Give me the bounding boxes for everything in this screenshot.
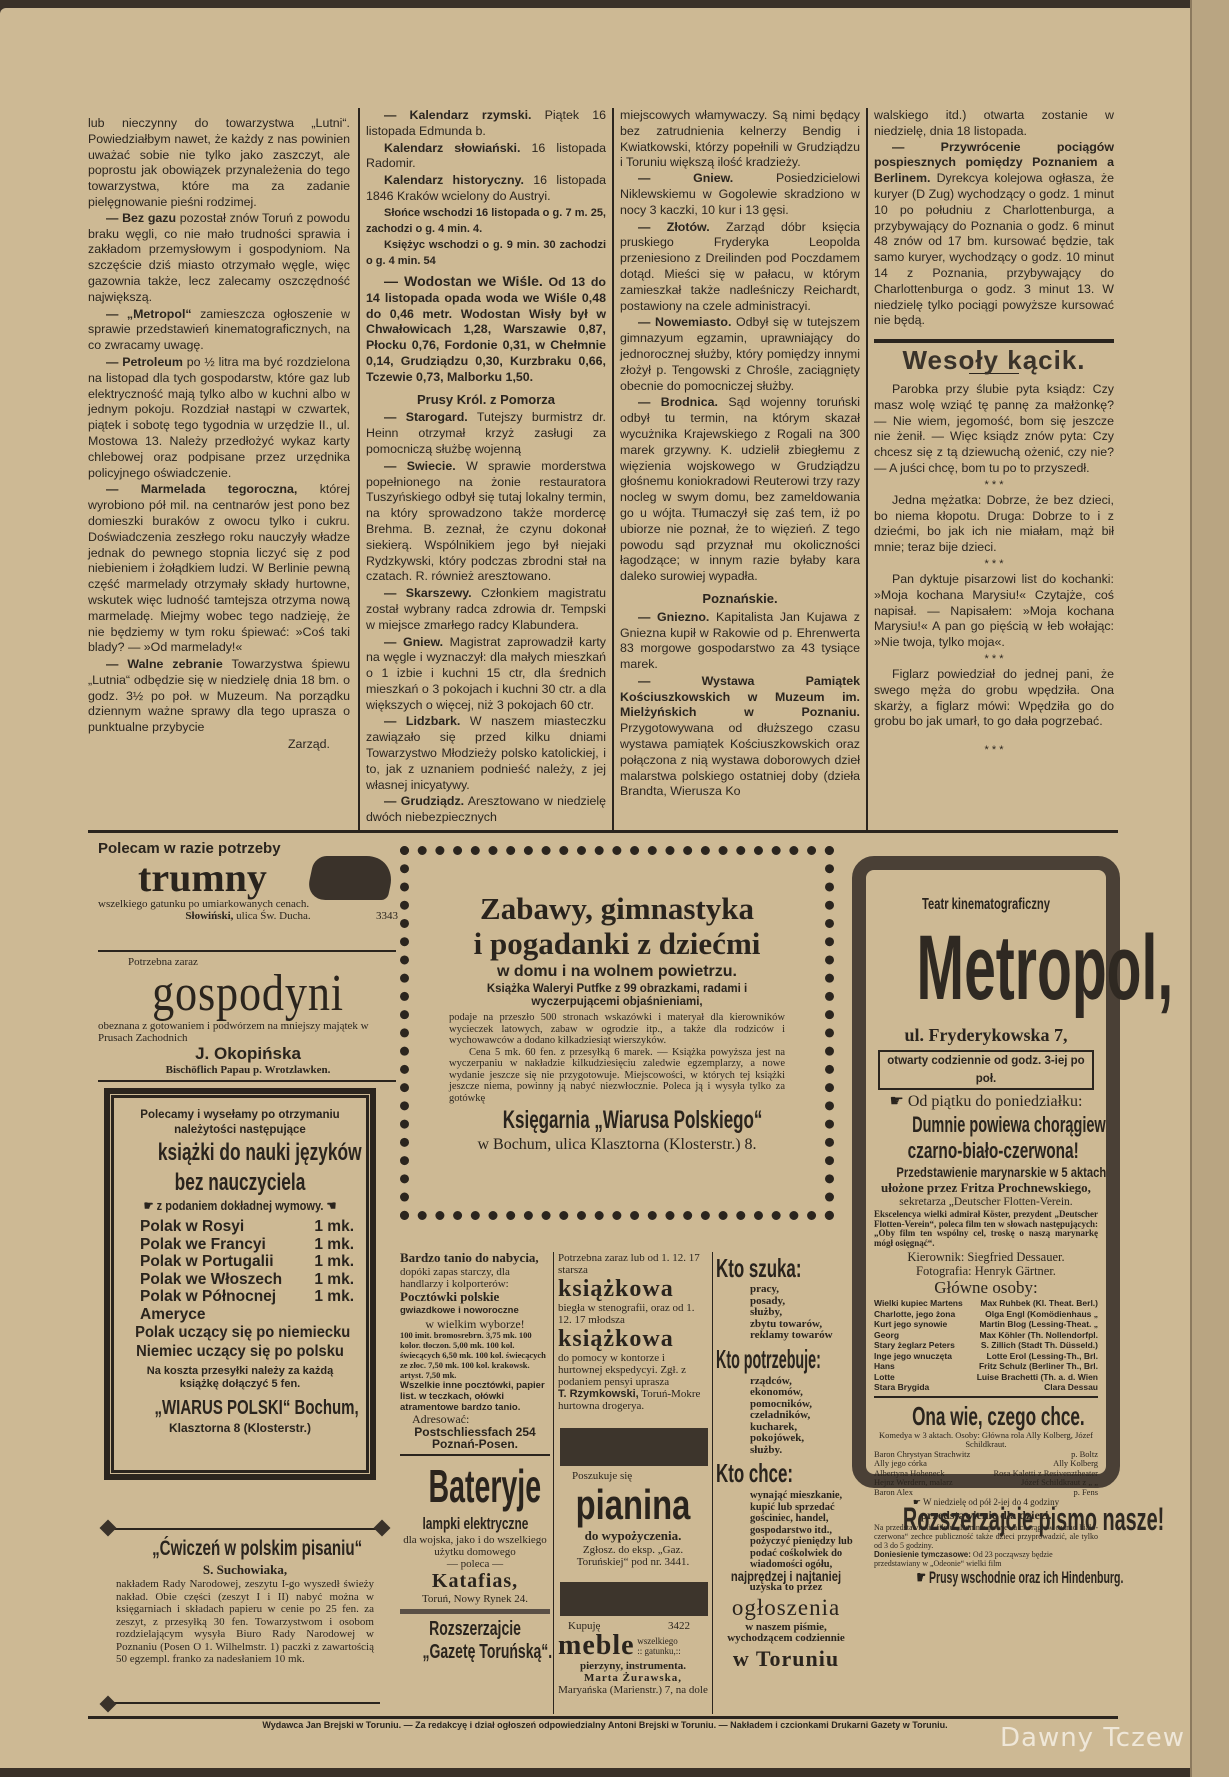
ad-zabawy-sub: w domu i na wolnem powietrzu. <box>449 961 785 983</box>
moonrise: Księżyc wschodzi o g. 9 min. 30 zachodzi… <box>366 238 606 270</box>
newspaper-page: lub nieczynny do towarzystwa „Lutni“. Po… <box>0 8 1190 1768</box>
ad-ksiazkowa-title2: książkowa <box>558 1326 708 1352</box>
kacik-rule <box>874 339 1114 343</box>
ad-pocztowki-other: Wszelkie inne pocztówki, papier list. w … <box>400 1380 550 1413</box>
ad-metropol-photo: Fotografia: Henryk Gärtner. <box>874 1264 1098 1278</box>
cast-row: HansFritz Schulz (Berliner Th., Brl. <box>874 1361 1098 1372</box>
ad-zabawy-publisher: Księgarnia „Wiarusa Polskiego“ <box>503 1104 731 1136</box>
ad-divider <box>400 1609 550 1614</box>
book-list-item: Polak w Rosyi1 mk. <box>140 1218 354 1236</box>
ad-ksiazkowa-line2: biegła w stenografii, oraz od 1. 12. 17 … <box>558 1302 708 1326</box>
ad-ksiazki-addr: Klasztorna 8 (Klosterstr.) <box>126 1421 354 1435</box>
next-page-edge <box>1190 0 1229 1777</box>
article-metropol: — „Metropol“ zamieszcza ogłoszenie w spr… <box>88 307 350 354</box>
pointing-hand-icon: ☛ <box>144 1198 157 1213</box>
separator-stars: * * * <box>874 744 1114 756</box>
ad-gospodyni-addr: Bischöflich Papau p. Wrotzlawken. <box>98 1064 398 1076</box>
ad-divider <box>98 950 396 952</box>
ad-pocztowki-prices: 100 imit. bromosrebrn. 3,75 mk. 100 kolo… <box>400 1330 550 1380</box>
ad-gospodyni-title: gospodyni <box>121 968 376 1020</box>
article-wystawa-end: walskiego itd.) otwarta zostanie w niedz… <box>874 108 1114 140</box>
ad-ksiazki-list: Polak w Rosyi1 mk.Polak we Francyi1 mk.P… <box>126 1218 354 1323</box>
ad-metropol-hours: otwarty codziennie od godz. 3-iej po poł… <box>878 1050 1094 1090</box>
cast-row: Charlotte, jego żonaOlga Engl (Komödienh… <box>874 1309 1098 1320</box>
cast-row: Inge jego wnuczętaLotte Erol (Lessing-Th… <box>874 1351 1098 1362</box>
signature-zarzad: Zarząd. <box>88 737 350 753</box>
article-gniew-kradziez: — Gniew. Posiedzicielowi Niklewskiemu w … <box>620 171 860 218</box>
ad-gospodyni: Potrzebna zaraz gospodyni obeznana z got… <box>98 956 398 1080</box>
pointing-hand-icon: ☛ <box>890 1093 908 1110</box>
ad-column-divider <box>712 1252 713 1714</box>
list-item: reklamy towarów <box>750 1330 856 1342</box>
article-brodnica: — Brodnica. Sąd wojenny toruński odbył t… <box>620 395 860 585</box>
column-4: walskiego itd.) otwarta zostanie w niedz… <box>874 108 1114 758</box>
article-grudziadz: — Grudziądz. Aresztowano w niedzielę dwó… <box>366 794 606 826</box>
ad-rozszerzajcie-line2: „Gazetę Toruńską“. <box>423 1641 528 1664</box>
diamond-ornament-icon <box>100 1696 117 1713</box>
list-item: czeladników, <box>750 1410 856 1422</box>
ad-column-divider <box>553 1252 554 1714</box>
ad-metropol-author2: sekretarza „Deutscher Flotten-Verein. <box>874 1196 1098 1208</box>
article-gniezno: — Gniezno. Kapitalista Jan Kujawa z Gnie… <box>620 610 860 673</box>
ad-kto-list1: pracy,posady,służby,zbytu towarów,reklam… <box>716 1284 856 1342</box>
footer-imprint: Wydawca Jan Brejski w Toruniu. — Za reda… <box>100 1720 1110 1730</box>
ad-kto-title: ogłoszenia <box>716 1594 856 1622</box>
cast-row: Baron Alexp. Fens <box>874 1488 1098 1498</box>
article-skarszewy: — Skarszewy. Członkiem magistratu został… <box>366 586 606 633</box>
ad-kto-list3: wynająć mieszkanie, kupić lub sprzedać g… <box>716 1490 856 1571</box>
ad-ksiazkowa: Potrzebna zaraz lub od 1. 12. 17 starsza… <box>558 1252 708 1384</box>
ad-bateryje: Bateryje lampki elektryczne dla wojska, … <box>400 1458 550 1714</box>
column-1: lub nieczynny do towarzystwa „Lutni“. Po… <box>88 116 350 753</box>
ad-bateryje-poleca: — poleca — <box>400 1558 550 1570</box>
ad-metropol-cast2: Baron Chrystyan Strachwitzp. BoltzAlly j… <box>874 1450 1098 1498</box>
calendar-slavic: Kalendarz słowiański. 16 listopada Radom… <box>366 141 606 173</box>
book-list-item: Polak w Portugalii1 mk. <box>140 1253 354 1271</box>
ad-zabawy-book: Książka Waleryi Putfke z 99 obrazkami, r… <box>449 983 785 1009</box>
section-prusy-krol: Prusy Król. z Pomorza <box>366 392 606 408</box>
ad-metropol-cast-title: Główne osoby: <box>874 1278 1098 1298</box>
ad-gospodyni-name: J. Okopińska <box>98 1044 398 1064</box>
ad-metropol-film2-desc: Komedya w 3 aktach. Osoby: Główna rola A… <box>874 1431 1098 1450</box>
ad-metropol-film1a: Dumnie powiewa chorągiew <box>912 1112 1060 1138</box>
ad-pocztowki-addr1: Adresować: <box>400 1413 550 1426</box>
column-2: — Kalendarz rzymski. Piątek 16 listopada… <box>366 108 606 827</box>
ad-pianina-title: pianina <box>575 1482 692 1528</box>
ad-bateryje-body: dla wojska, jako i do wszelkiego użytku … <box>400 1534 550 1558</box>
column-3: miejscowych włamywaczy. Są nimi będący b… <box>620 108 860 801</box>
article-marmelada: — Marmelada tegoroczna, której wyrobiono… <box>88 482 350 656</box>
calendar-roman: — Kalendarz rzymski. Piątek 16 listopada… <box>366 108 606 140</box>
book-list-item: Polak we Włoszech1 mk. <box>140 1271 354 1289</box>
ad-ksiazki-jezykow: Polecamy i wysełamy po otrzymaniu należy… <box>104 1088 376 1480</box>
ad-pocztowki-addr3: Poznań-Posen. <box>400 1438 550 1451</box>
ad-meble-body: pierzyny, instrumenta. <box>558 1660 708 1672</box>
ad-cwiczen: „Ćwiczeń w polskim pisaniu“ S. Suchowiak… <box>110 1528 380 1704</box>
cast-row: Kurt jego synowieMartin Blog (Lessing-Th… <box>874 1319 1098 1330</box>
ad-kto-fast: najprędzej i najtaniej <box>730 1571 842 1583</box>
column-divider <box>358 108 360 830</box>
ad-divider <box>98 1080 396 1082</box>
ad-ksiazkowa-line1: Potrzebna zaraz lub od 1. 12. 17 starsza <box>558 1252 708 1276</box>
ad-metropol: Teatr kinematograficzny Metropol, ul. Fr… <box>852 856 1120 1488</box>
ad-bateryje-sub: lampki elektryczne <box>423 1514 528 1534</box>
joke-figlarz: Figlarz powiedział do jednej pani, że sw… <box>874 667 1114 730</box>
ad-bateryje-name: Katafias, <box>400 1570 550 1593</box>
joke-list: Pan dyktuje pisarzowi list do kochanki: … <box>874 572 1114 651</box>
ad-kto-h3: Kto chce: <box>716 1456 807 1490</box>
ads-top-rule <box>88 830 1118 833</box>
ad-kto-h2: Kto potrzebuje: <box>716 1342 793 1376</box>
joke-mezatka: Jedna mężatka: Dobrze, że bez dzieci, bo… <box>874 493 1114 556</box>
section-poznanskie: Poznańskie. <box>620 591 860 607</box>
ad-kto-city: w Toruniu <box>716 1645 856 1673</box>
article-wystawa: — Wystawa Pamiątek Kościuszkowskich w Mu… <box>620 674 860 800</box>
ad-zabawy-addr: w Bochum, ulica Klasztorna (Klosterstr.)… <box>449 1136 785 1154</box>
article-bez-gazu: — Bez gazu pozostał znów Toruń z powodu … <box>88 211 350 306</box>
ad-metropol-cast: Wielki kupiec MartensMax Ruhbek (Kl. The… <box>874 1298 1098 1393</box>
ad-zabawy-body2: Cena 5 mk. 60 fen. z przesyłką 6 marek. … <box>449 1047 785 1105</box>
ad-kto-szuka: Kto szuka: pracy,posady,służby,zbytu tow… <box>716 1252 856 1714</box>
column-divider <box>866 108 868 830</box>
ad-ksiazkowa-contact: T. Rzymkowski, Toruń-Mokre hurtowna drog… <box>558 1388 708 1412</box>
separator-stars: * * * <box>874 479 1114 491</box>
ad-meble-title-row: meble wszelkiego :: gatunku,:: <box>558 1632 708 1660</box>
ad-metropol-film2: Ona wie, czego chce. <box>912 1401 1060 1431</box>
ad-bateryje-title: Bateryje <box>429 1458 522 1514</box>
ad-metropol-title: Metropol, <box>917 914 1056 1022</box>
list-item: ekonomów, <box>750 1387 856 1399</box>
separator-stars: * * * <box>874 558 1114 570</box>
ad-cwiczen-title: „Ćwiczeń w polskim pisaniu“ <box>152 1536 338 1562</box>
calendar-history: Kalendarz historyczny. 16 listopada 1846… <box>366 173 606 205</box>
article-lidzbark: — Lidzbark. W naszem miasteczku zawiązał… <box>366 714 606 793</box>
ad-pianina-sub: do wypożyczenia. <box>558 1528 708 1544</box>
ad-ksiazki-note: Na koszta przesyłki należy za każdą ksią… <box>146 1365 334 1391</box>
article-lutnia-end: lub nieczynny do towarzystwa „Lutni“. Po… <box>88 116 350 211</box>
ad-metropol-kicker: Teatr kinematograficzny <box>908 896 1065 914</box>
ad-ksiazki-extra1: Polak uczący się po niemiecku <box>135 1323 345 1342</box>
article-pociagi: — Przywrócenie pociągów pospiesznych pom… <box>874 140 1114 330</box>
ad-metropol-author: ułożone przez Fritza Prochnewskiego, <box>874 1180 1098 1196</box>
separator-stars: * * * <box>874 653 1114 665</box>
column-divider <box>612 108 614 830</box>
ad-zabawy: Zabawy, gimnastyka i pogadanki z dziećmi… <box>400 846 834 1220</box>
ad-ksiazki-intro: Polecamy i wysełamy po otrzymaniu należy… <box>126 1108 354 1138</box>
diamond-ornament-icon <box>374 1520 391 1537</box>
ad-pianina: Poszukuje się pianina do wypożyczenia. Z… <box>558 1470 708 1558</box>
ad-pianina-body: Zgłosz. do eksp. „Gaz. Toruńskiej“ pod n… <box>558 1544 708 1568</box>
cast-row: Wielki kupiec MartensMax Ruhbek (Kl. The… <box>874 1298 1098 1309</box>
ad-zabawy-title2: i pogadanki z dziećmi <box>449 926 785 961</box>
article-wodostan: — Wodostan we Wiśle. Od 13 do 14 listopa… <box>366 274 606 386</box>
ad-pocztowki: Bardzo tanio do nabycia, dopóki zapas st… <box>400 1252 550 1448</box>
wesoly-kacik-title: Wesoły kącik. <box>874 353 1114 369</box>
ad-metropol-director: Kierownik: Siegfried Dessauer. <box>874 1250 1098 1264</box>
cast-row: LotteLuise Brachetti (Th. a. d. Wien <box>874 1372 1098 1383</box>
ad-metropol-film1b: czarno-biało-czerwona! <box>908 1138 1065 1164</box>
book-list-item: Polak w Północnej Ameryce1 mk. <box>140 1288 354 1323</box>
ad-ksiazkowa-title1: książkowa <box>558 1276 708 1302</box>
cast-row: Stary żeglarz PetersS. Zillich (Stadt Th… <box>874 1340 1098 1351</box>
ad-zabawy-title1: Zabawy, gimnastyka <box>449 891 785 926</box>
list-item: służby. <box>750 1445 856 1457</box>
ad-ksiazkowa-body: do pomocy w kontorze i hurtownej ekspedy… <box>558 1352 708 1388</box>
coffin-icon <box>305 856 396 900</box>
article-petroleum: — Petroleum po ½ litra ma być rozdzielon… <box>88 355 350 481</box>
blank-ad-block <box>560 1428 708 1466</box>
ad-meble-name: Marta Żurawska, <box>558 1672 708 1684</box>
cast-row: Stara BrygidaClara Dessau <box>874 1382 1098 1393</box>
ad-metropol-notice-film: ☛ Prusy wschodnie oraz ich Hindenburg. <box>917 1568 1056 1588</box>
book-list-item: Polak we Francyi1 mk. <box>140 1236 354 1254</box>
ad-pocztowki-text: Bardzo tanio do nabycia, dopóki zapas st… <box>400 1252 550 1318</box>
ad-ksiazki-title2: bez nauczyciela <box>158 1168 322 1198</box>
ad-metropol-dates: ☛ Od piątku do poniedziałku: <box>874 1092 1098 1112</box>
blank-ad-block <box>560 1582 708 1616</box>
list-item: pokojówek, <box>750 1433 856 1445</box>
ad-cwiczen-body: nakładem Rady Narodowej, zeszytu I-go wy… <box>116 1578 374 1666</box>
footer-rule <box>88 1716 1118 1719</box>
article-swiecie: — Swiecie. W sprawie morderstwa popełnio… <box>366 459 606 585</box>
ad-ksiazki-title1: książki do nauki języków <box>158 1138 322 1168</box>
ad-bateryje-addr: Toruń, Nowy Rynek 24. <box>400 1593 550 1605</box>
ad-divider <box>874 1396 1098 1398</box>
joke-parobek: Parobka przy ślubie pyta ksiądz: Czy mas… <box>874 382 1114 477</box>
article-gniew-magistrat: — Gniew. Magistrat zaprowadził karty na … <box>366 635 606 714</box>
ad-metropol-notice: Doniesienie tymczasowe: Od 23 począwszy … <box>874 1550 1098 1568</box>
ad-kto-list2: rządców,ekonomów,pomocników,czeladników,… <box>716 1376 856 1457</box>
article-wlamywacze: miejscowych włamywaczy. Są nimi będący b… <box>620 108 860 171</box>
ad-metropol-film1c: Przedstawienie marynarskie w 5 aktach <box>896 1164 1075 1180</box>
pointing-hand-icon: ☚ <box>323 1198 336 1213</box>
ad-gospodyni-line2: obeznana z gotowaniem i podwórzem na mni… <box>98 1020 398 1044</box>
ad-metropol-addr: ul. Fryderykowska 7, <box>874 1022 1098 1048</box>
ad-meble: Kupuję3422 meble wszelkiego :: gatunku,:… <box>558 1620 708 1714</box>
ad-divider <box>400 1454 550 1456</box>
ad-rozszerzajcie-line1: Rozszerzajcie <box>423 1618 528 1641</box>
diamond-ornament-icon <box>100 1520 117 1537</box>
pointing-hand-icon: ☛ <box>917 1568 929 1587</box>
ad-ksiazki-extra2: Niemiec uczący się po polsku <box>135 1342 345 1361</box>
ad-meble-addr: Maryańska (Marienstr.) 7, na dole <box>558 1684 708 1696</box>
ad-pocztowki-wybor: w wielkim wyborze! <box>400 1318 550 1331</box>
list-item: pracy, <box>750 1284 856 1296</box>
article-nowemiasto: — Nowemiasto. Odbył się w tutejszem gimn… <box>620 315 860 394</box>
ad-ksiazki-publisher: „WIARUS POLSKI“ Bochum, <box>155 1395 326 1421</box>
ad-zabawy-body1: podaje na przeszło 500 stronach wskazówk… <box>449 1012 785 1047</box>
watermark: Dawny Tczew <box>1000 1723 1185 1753</box>
ad-kto-tail: w naszem piśmie, wychodzącem codziennie <box>716 1622 856 1645</box>
article-starogard: — Starogard. Tutejszy burmistrz dr. Hein… <box>366 410 606 457</box>
list-item: służby, <box>750 1307 856 1319</box>
ad-cwiczen-author: S. Suchowiaka, <box>116 1562 374 1578</box>
sunrise: Słońce wschodzi 16 listopada o g. 7 m. 2… <box>366 206 606 238</box>
ad-trumny-contact: Słowiński, ulica Św. Ducha.3343 <box>98 910 398 922</box>
ad-rozszerzajcie-pismo: Rozszerzajcie pismo nasze! <box>903 1498 1069 1540</box>
ad-metropol-quote: Ekscelencya wielki admirał Köster, prezy… <box>874 1210 1098 1248</box>
cast-row: GeorgMax Köhler (Th. Nollendorfpl. <box>874 1330 1098 1341</box>
ad-ksiazki-sub: ☛ z podaniem dokładnej wymowy. ☚ <box>143 1198 337 1214</box>
article-zlotow: — Złotów. Zarząd dóbr księcia pruskiego … <box>620 220 860 315</box>
article-walne-zebranie: — Walne zebranie Towarzystwa śpiewu „Lut… <box>88 657 350 736</box>
ad-kto-via: uzyska to przez <box>716 1582 856 1594</box>
ad-trumny: Polecam w razie potrzeby trumny wszelkie… <box>98 840 398 944</box>
ad-kto-h1: Kto szuka: <box>716 1252 807 1284</box>
